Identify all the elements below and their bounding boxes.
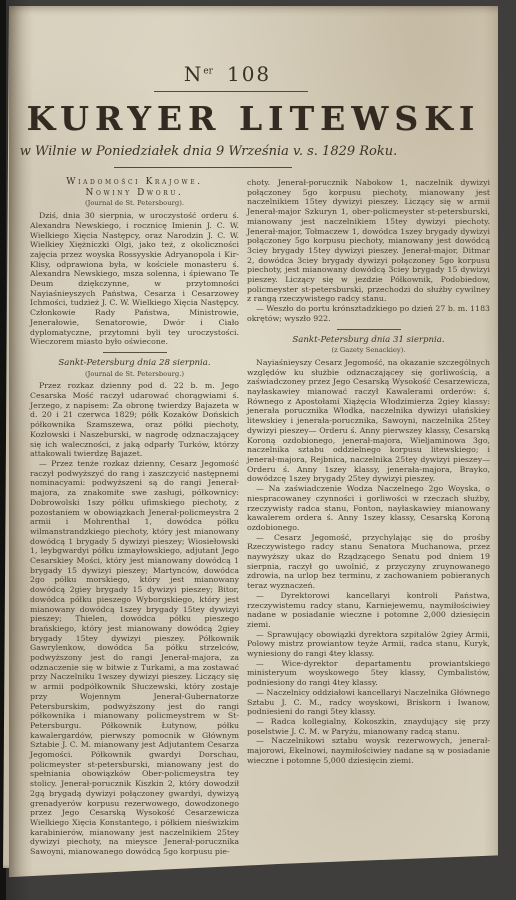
city-dateline: Sankt-Petersburg dnia 31 sierpnia.	[247, 336, 490, 346]
article-paragraph: choty. Jenerał-porucznik Nabokow 1, nacz…	[247, 178, 490, 304]
issue-prefix-superscript: er	[203, 66, 213, 76]
issue-number-line: Ner108	[9, 62, 498, 86]
article-paragraph: — Weszło do portu krónsztadzkiego po dzi…	[247, 304, 490, 323]
section-heading: Wiadomości Krajowe.	[30, 178, 239, 188]
article-columns: Wiadomości Krajowe. Nowiny Dworu. (Journ…	[9, 168, 498, 857]
article-paragraph: — Naczelnicy oddziałowi kancellaryi Nacz…	[247, 688, 490, 717]
article-paragraph: — Cesarz Jegomość, przychylając się do p…	[247, 533, 490, 591]
masthead-divider-top	[154, 91, 308, 92]
source-note: (Journal de St. Petersbourg.)	[30, 370, 239, 380]
masthead-dateline: w Wilnie w Poniedziałek dnia 9 Września …	[9, 144, 498, 159]
issue-number: 108	[227, 62, 271, 86]
scanned-newspaper-view: { "colors": { "paper": "#d9d2bf", "ink":…	[0, 0, 516, 900]
column-right: choty. Jenerał-porucznik Nabokow 1, nacz…	[247, 178, 490, 857]
section-divider	[103, 352, 167, 353]
newspaper-page: Ner108 KURYER LITEWSKI w Wilnie w Ponied…	[9, 6, 498, 878]
source-note: (Journal de St. Petersbourg).	[30, 199, 239, 209]
article-paragraph: Przez rozkaz dzienny pod d. 22 b. m. Jeg…	[30, 381, 239, 459]
article-paragraph: — Dyrektorowi kancellaryi kontroli Państ…	[247, 591, 490, 630]
subsection-heading: Nowiny Dworu.	[30, 189, 239, 199]
article-paragraph: — Naczelnikowi sztabu woysk rezerwowych,…	[247, 736, 490, 765]
newspaper-title: KURYER LITEWSKI	[9, 99, 498, 138]
masthead: Ner108 KURYER LITEWSKI w Wilnie w Ponied…	[9, 62, 498, 168]
article-paragraph: — Radca kollegialny, Kokoszkin, znaydują…	[247, 717, 490, 736]
article-paragraph: Nayiaśnieyszy Cesarz Jegomość, na okazan…	[247, 358, 490, 484]
city-dateline: Sankt-Petersburg dnia 28 sierpnia.	[30, 359, 239, 369]
article-paragraph: — Sprawujący obowiązki dyrektora szpital…	[247, 630, 490, 659]
column-left: Wiadomości Krajowe. Nowiny Dworu. (Journ…	[30, 178, 239, 857]
section-divider	[337, 329, 401, 330]
article-paragraph: Dziś, dnia 30 sierpnia, w uroczystość or…	[30, 211, 239, 347]
issue-prefix: N	[184, 62, 204, 86]
article-paragraph: — Wice-dyrektor departamentu prowiantski…	[247, 659, 490, 688]
article-paragraph: — Na zaświadczenie Wodza Naczelnego 2go …	[247, 484, 490, 533]
masthead-divider-bottom	[114, 167, 292, 168]
article-paragraph: — Przez tenże rozkaz dzienny, Cesarz Jeg…	[30, 459, 239, 857]
source-note: (z Gazety Senackiey).	[247, 346, 490, 356]
